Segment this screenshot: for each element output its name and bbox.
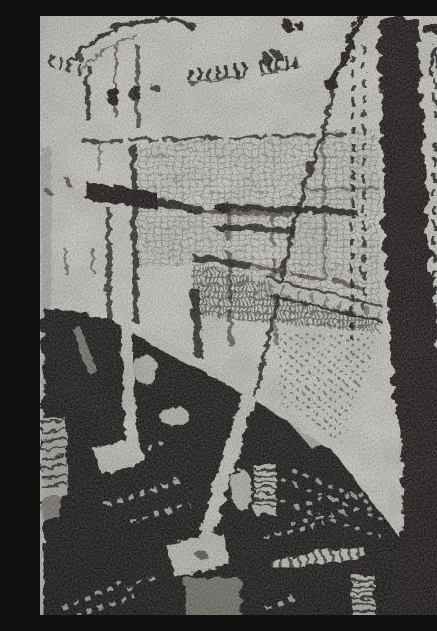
photo-recreation: Grainy historic monochrome photograph of… [40,16,437,615]
photograph: Grainy historic monochrome photograph of… [40,16,437,615]
vignette [40,16,437,615]
